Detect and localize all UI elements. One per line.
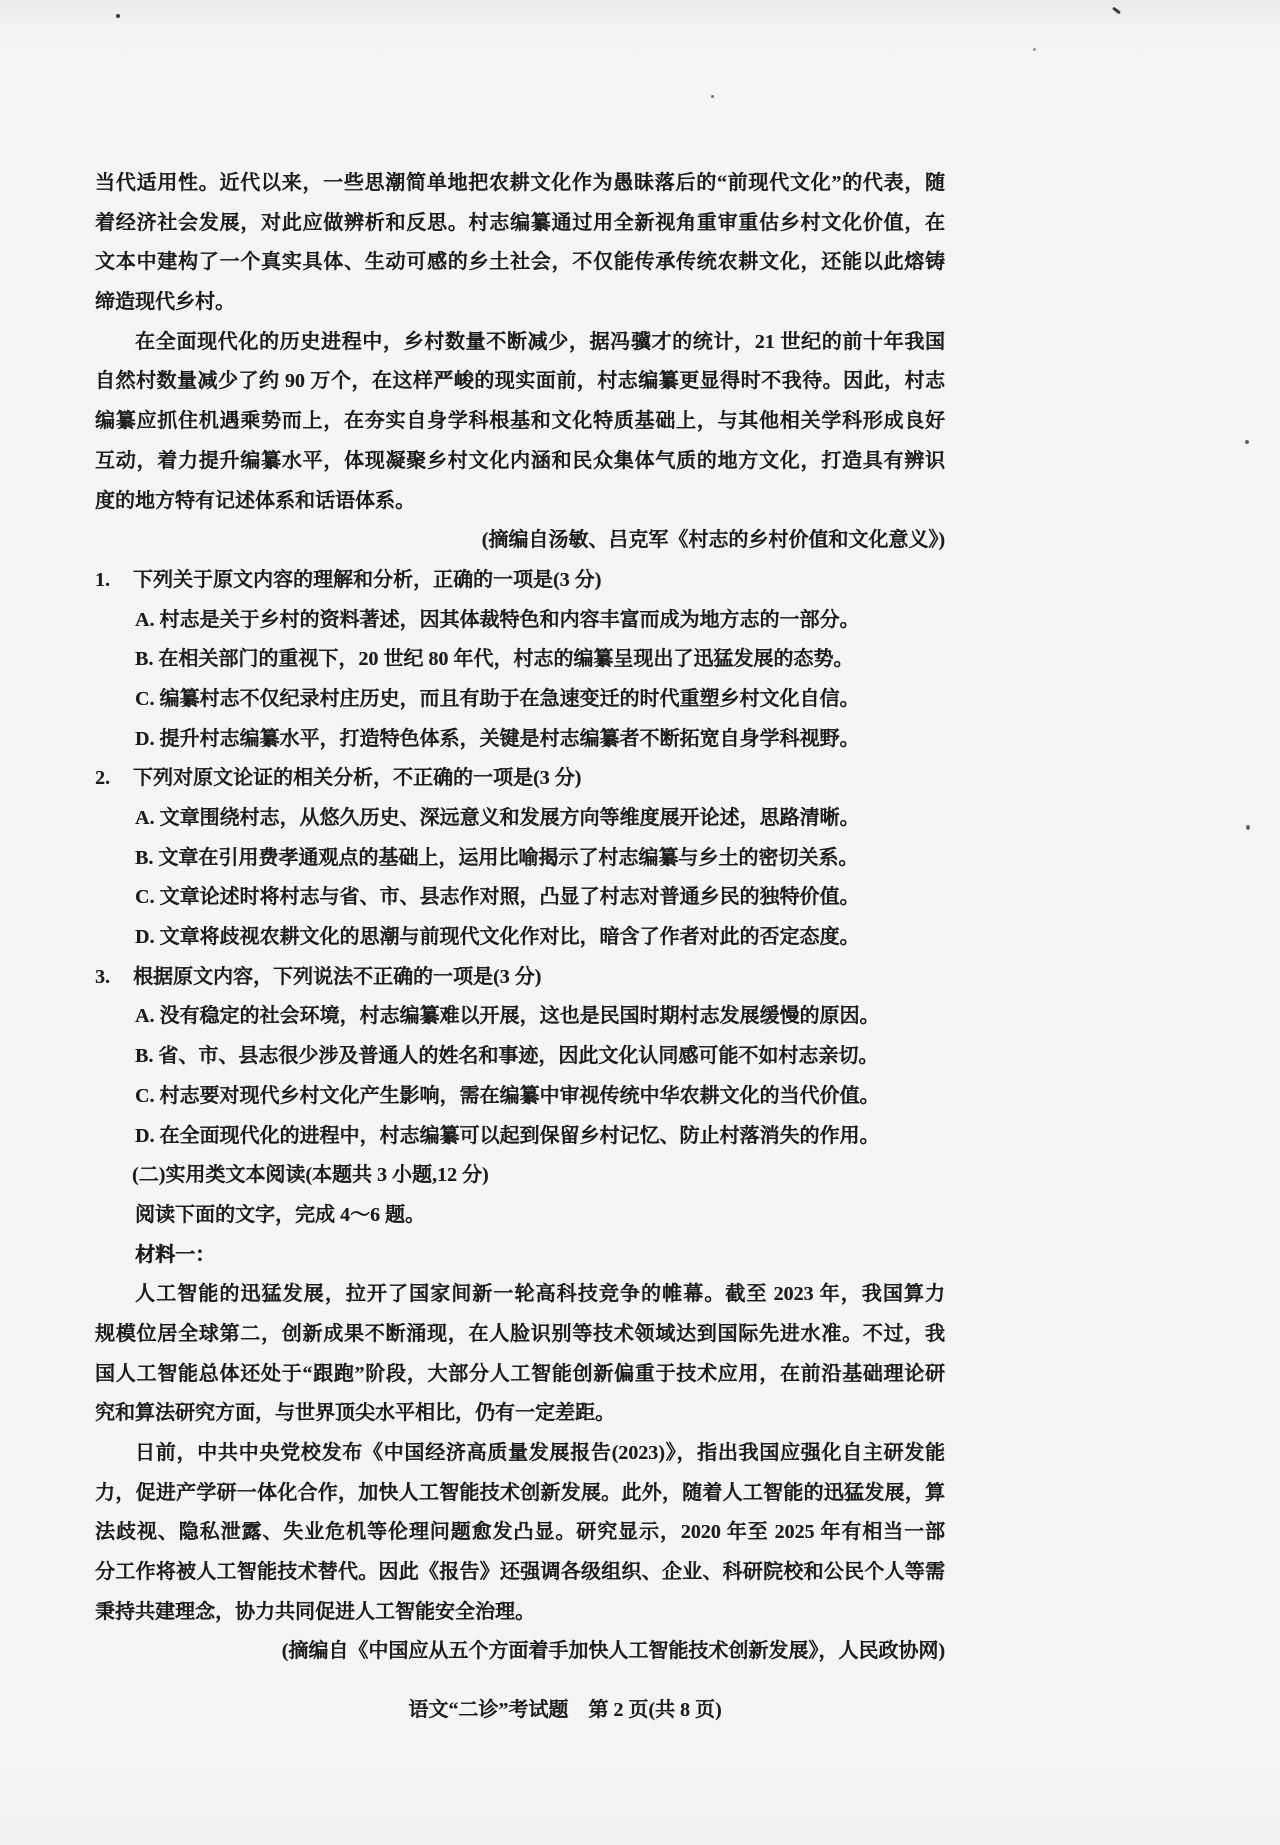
option: C. 编纂村志不仅纪录村庄历史，而且有助于在急速变迁的时代重塑乡村文化自信。 bbox=[95, 680, 945, 720]
material-label: 材料一： bbox=[95, 1236, 945, 1276]
option: D. 提升村志编纂水平，打造特色体系，关键是村志编纂者不断拓宽自身学科视野。 bbox=[95, 720, 945, 760]
scan-speck bbox=[116, 14, 120, 18]
scan-speck bbox=[1112, 7, 1121, 15]
passage-attribution: (摘编自汤敏、吕克军《村志的乡村价值和文化意义》) bbox=[95, 521, 945, 561]
question-stem: 2.下列对原文论证的相关分析，不正确的一项是(3 分) bbox=[95, 759, 945, 799]
option: C. 文章论述时将村志与省、市、县志作对照，凸显了村志对普通乡民的独特价值。 bbox=[95, 878, 945, 918]
section-heading: (二)实用类文本阅读(本题共 3 小题,12 分) bbox=[95, 1156, 945, 1196]
material-line: 法歧视、隐私泄露、失业危机等伦理问题愈发凸显。研究显示，2020 年至 2025… bbox=[95, 1513, 945, 1553]
material-line: 力，促进产学研一体化合作，加快人工智能技术创新发展。此外，随着人工智能的迅猛发展… bbox=[95, 1474, 945, 1514]
scan-speck bbox=[1033, 48, 1036, 51]
material-line: 日前，中共中央党校发布《中国经济高质量发展报告(2023)》，指出我国应强化自主… bbox=[95, 1434, 945, 1474]
page-body: 当代适用性。近代以来，一些思潮简单地把农耕文化作为愚昧落后的“前现代文化”的代表… bbox=[95, 164, 945, 1672]
passage-line: 当代适用性。近代以来，一些思潮简单地把农耕文化作为愚昧落后的“前现代文化”的代表… bbox=[95, 164, 945, 204]
passage-line: 度的地方特有记述体系和话语体系。 bbox=[95, 482, 945, 522]
scan-speck bbox=[1245, 440, 1249, 444]
passage-line: 文本中建构了一个真实具体、生动可感的乡土社会，不仅能传承传统农耕文化，还能以此熔… bbox=[95, 243, 945, 283]
option: A. 村志是关于乡村的资料著述，因其体裁特色和内容丰富而成为地方志的一部分。 bbox=[95, 601, 945, 641]
material-line: 国人工智能总体还处于“跟跑”阶段，大部分人工智能创新偏重于技术应用，在前沿基础理… bbox=[95, 1355, 945, 1395]
option: B. 文章在引用费孝通观点的基础上，运用比喻揭示了村志编纂与乡土的密切关系。 bbox=[95, 839, 945, 879]
option: B. 在相关部门的重视下，20 世纪 80 年代，村志的编纂呈现出了迅猛发展的态… bbox=[95, 640, 945, 680]
material-line: 人工智能的迅猛发展，拉开了国家间新一轮高科技竞争的帷幕。截至 2023 年，我国… bbox=[95, 1275, 945, 1315]
option: B. 省、市、县志很少涉及普通人的姓名和事迹，因此文化认同感可能不如村志亲切。 bbox=[95, 1037, 945, 1077]
scan-speck bbox=[711, 95, 714, 98]
question-stem: 1.下列关于原文内容的理解和分析，正确的一项是(3 分) bbox=[95, 561, 945, 601]
material-line: 秉持共建理念，协力共同促进人工智能安全治理。 bbox=[95, 1593, 945, 1633]
option: A. 文章围绕村志，从悠久历史、深远意义和发展方向等维度展开论述，思路清晰。 bbox=[95, 799, 945, 839]
option: D. 文章将歧视农耕文化的思潮与前现代文化作对比，暗含了作者对此的否定态度。 bbox=[95, 918, 945, 958]
material-attribution: (摘编自《中国应从五个方面着手加快人工智能技术创新发展》，人民政协网) bbox=[95, 1632, 945, 1672]
question-stem-text: 根据原文内容，下列说法不正确的一项是(3 分) bbox=[133, 966, 541, 988]
passage-line: 着经济社会发展，对此应做辨析和反思。村志编纂通过用全新视角重审重估乡村文化价值，… bbox=[95, 204, 945, 244]
passage-line: 编纂应抓住机遇乘势而上，在夯实自身学科根基和文化特质基础上，与其他相关学科形成良… bbox=[95, 402, 945, 442]
option: D. 在全面现代化的进程中，村志编纂可以起到保留乡村记忆、防止村落消失的作用。 bbox=[95, 1117, 945, 1157]
passage-line: 缔造现代乡村。 bbox=[95, 283, 945, 323]
scan-speck bbox=[271, 373, 274, 376]
question-stem-text: 下列对原文论证的相关分析，不正确的一项是(3 分) bbox=[133, 767, 581, 789]
option: A. 没有稳定的社会环境，村志编纂难以开展，这也是民国时期村志发展缓慢的原因。 bbox=[95, 997, 945, 1037]
section-instruction: 阅读下面的文字，完成 4～6 题。 bbox=[95, 1196, 945, 1236]
page-footer: 语文“二诊”考试题 第 2 页(共 8 页) bbox=[140, 1690, 990, 1730]
scan-speck bbox=[1246, 825, 1250, 830]
material-line: 分工作将被人工智能技术替代。因此《报告》还强调各级组织、企业、科研院校和公民个人… bbox=[95, 1553, 945, 1593]
question-stem-text: 下列关于原文内容的理解和分析，正确的一项是(3 分) bbox=[133, 569, 601, 591]
passage-line: 在全面现代化的历史进程中，乡村数量不断减少，据冯骥才的统计，21 世纪的前十年我… bbox=[95, 323, 945, 363]
question-number: 3. bbox=[95, 958, 133, 998]
question-stem: 3.根据原文内容，下列说法不正确的一项是(3 分) bbox=[95, 958, 945, 998]
question-number: 1. bbox=[95, 561, 133, 601]
passage-line: 互动，着力提升编纂水平，体现凝聚乡村文化内涵和民众集体气质的地方文化，打造具有辨… bbox=[95, 442, 945, 482]
exam-page: { "ink": "#1c1c1c", "paper": "#f5f5f3", … bbox=[0, 0, 1280, 1845]
question-number: 2. bbox=[95, 759, 133, 799]
material-line: 规模位居全球第二，创新成果不断涌现，在人脸识别等技术领域达到国际先进水准。不过，… bbox=[95, 1315, 945, 1355]
material-line: 究和算法研究方面，与世界顶尖水平相比，仍有一定差距。 bbox=[95, 1394, 945, 1434]
option: C. 村志要对现代乡村文化产生影响，需在编纂中审视传统中华农耕文化的当代价值。 bbox=[95, 1077, 945, 1117]
passage-line: 自然村数量减少了约 90 万个，在这样严峻的现实面前，村志编纂更显得时不我待。因… bbox=[95, 362, 945, 402]
